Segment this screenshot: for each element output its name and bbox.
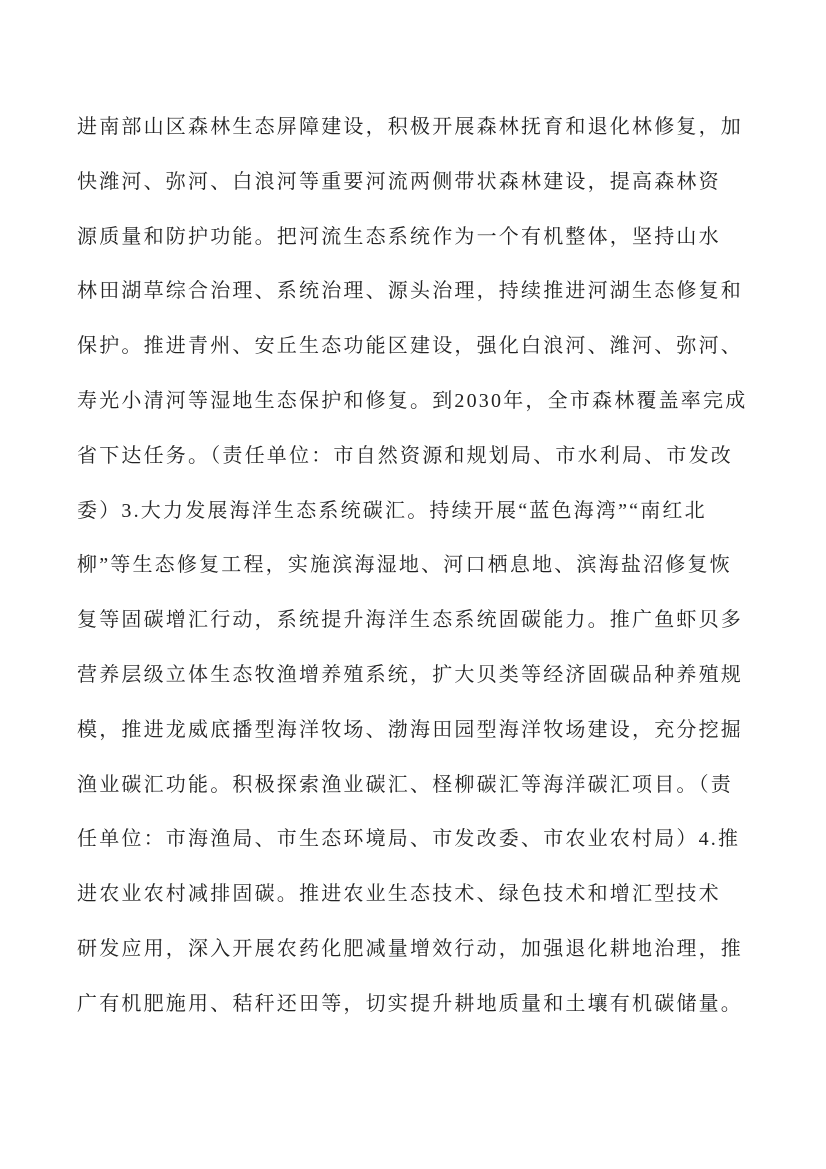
text-line: 柳”等生态修复工程，实施滨海湿地、河口栖息地、滨海盐沼修复恢 (77, 538, 777, 593)
text-line: 寿光小清河等湿地生态保护和修复。到2030年，全市森林覆盖率完成 (77, 374, 777, 429)
text-line: 省下达任务。（责任单位：市自然资源和规划局、市水利局、市发改 (77, 429, 777, 484)
text-line: 进农业农村减排固碳。推进农业生态技术、绿色技术和增汇型技术 (77, 867, 777, 922)
body-paragraph: 进南部山区森林生态屏障建设，积极开展森林抚育和退化林修复，加 快潍河、弥河、白浪… (77, 100, 777, 1032)
text-line: 委）3.大力发展海洋生态系统碳汇。持续开展“蓝色海湾”“南红北 (77, 484, 777, 539)
text-line: 任单位：市海渔局、市生态环境局、市发改委、市农业农村局）4.推 (77, 812, 777, 867)
text-line: 林田湖草综合治理、系统治理、源头治理，持续推进河湖生态修复和 (77, 264, 777, 319)
text-line: 快潍河、弥河、白浪河等重要河流两侧带状森林建设，提高森林资 (77, 155, 777, 210)
text-line: 营养层级立体生态牧渔增养殖系统，扩大贝类等经济固碳品种养殖规 (77, 648, 777, 703)
text-line: 进南部山区森林生态屏障建设，积极开展森林抚育和退化林修复，加 (77, 100, 777, 155)
text-line: 源质量和防护功能。把河流生态系统作为一个有机整体，坚持山水 (77, 210, 777, 265)
text-line: 保护。推进青州、安丘生态功能区建设，强化白浪河、潍河、弥河、 (77, 319, 777, 374)
text-line: 广有机肥施用、秸秆还田等，切实提升耕地质量和土壤有机碳储量。 (77, 977, 777, 1032)
text-line: 研发应用，深入开展农药化肥减量增效行动，加强退化耕地治理，推 (77, 922, 777, 977)
document-page: 进南部山区森林生态屏障建设，积极开展森林抚育和退化林修复，加 快潍河、弥河、白浪… (0, 0, 826, 1169)
text-line: 渔业碳汇功能。积极探索渔业碳汇、柽柳碳汇等海洋碳汇项目。（责 (77, 758, 777, 813)
text-line: 复等固碳增汇行动，系统提升海洋生态系统固碳能力。推广鱼虾贝多 (77, 593, 777, 648)
text-line: 模，推进龙威底播型海洋牧场、渤海田园型海洋牧场建设，充分挖掘 (77, 703, 777, 758)
